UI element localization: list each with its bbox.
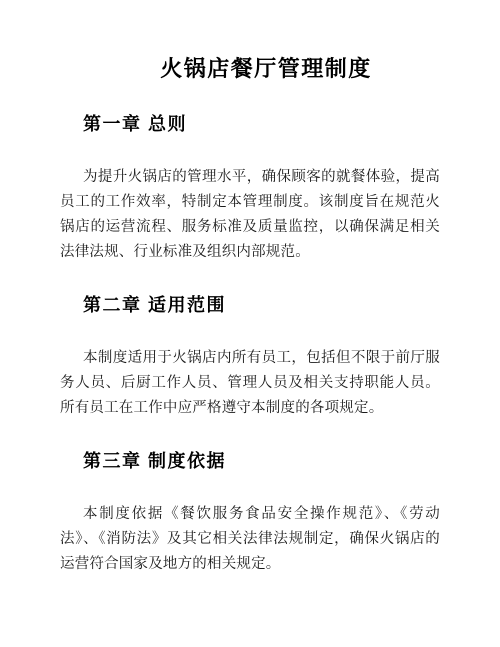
section-legal-basis: 第三章 制度依据 本制度依据《餐饮服务食品安全操作规范》、《劳动法》、《消防法》… [60, 448, 440, 577]
document-title: 火锅店餐厅管理制度 [60, 54, 440, 84]
chapter-heading-2: 第二章 适用范围 [60, 292, 440, 318]
document-page: 火锅店餐厅管理制度 第一章 总则 为提升火锅店的管理水平，确保顾客的就餐体验，提… [0, 0, 500, 647]
chapter-heading-3: 第三章 制度依据 [60, 448, 440, 474]
section-scope: 第二章 适用范围 本制度适用于火锅店内所有员工，包括但不限于前厅服务人员、后厨工… [60, 292, 440, 421]
section-general-provisions: 第一章 总则 为提升火锅店的管理水平，确保顾客的就餐体验，提高员工的工作效率，特… [60, 111, 440, 265]
paragraph-3: 本制度依据《餐饮服务食品安全操作规范》、《劳动法》、《消防法》及其它相关法律法规… [60, 502, 440, 577]
paragraph-1: 为提升火锅店的管理水平，确保顾客的就餐体验，提高员工的工作效率，特制定本管理制度… [60, 165, 440, 265]
paragraph-2: 本制度适用于火锅店内所有员工，包括但不限于前厅服务人员、后厨工作人员、管理人员及… [60, 346, 440, 421]
chapter-heading-1: 第一章 总则 [60, 111, 440, 137]
